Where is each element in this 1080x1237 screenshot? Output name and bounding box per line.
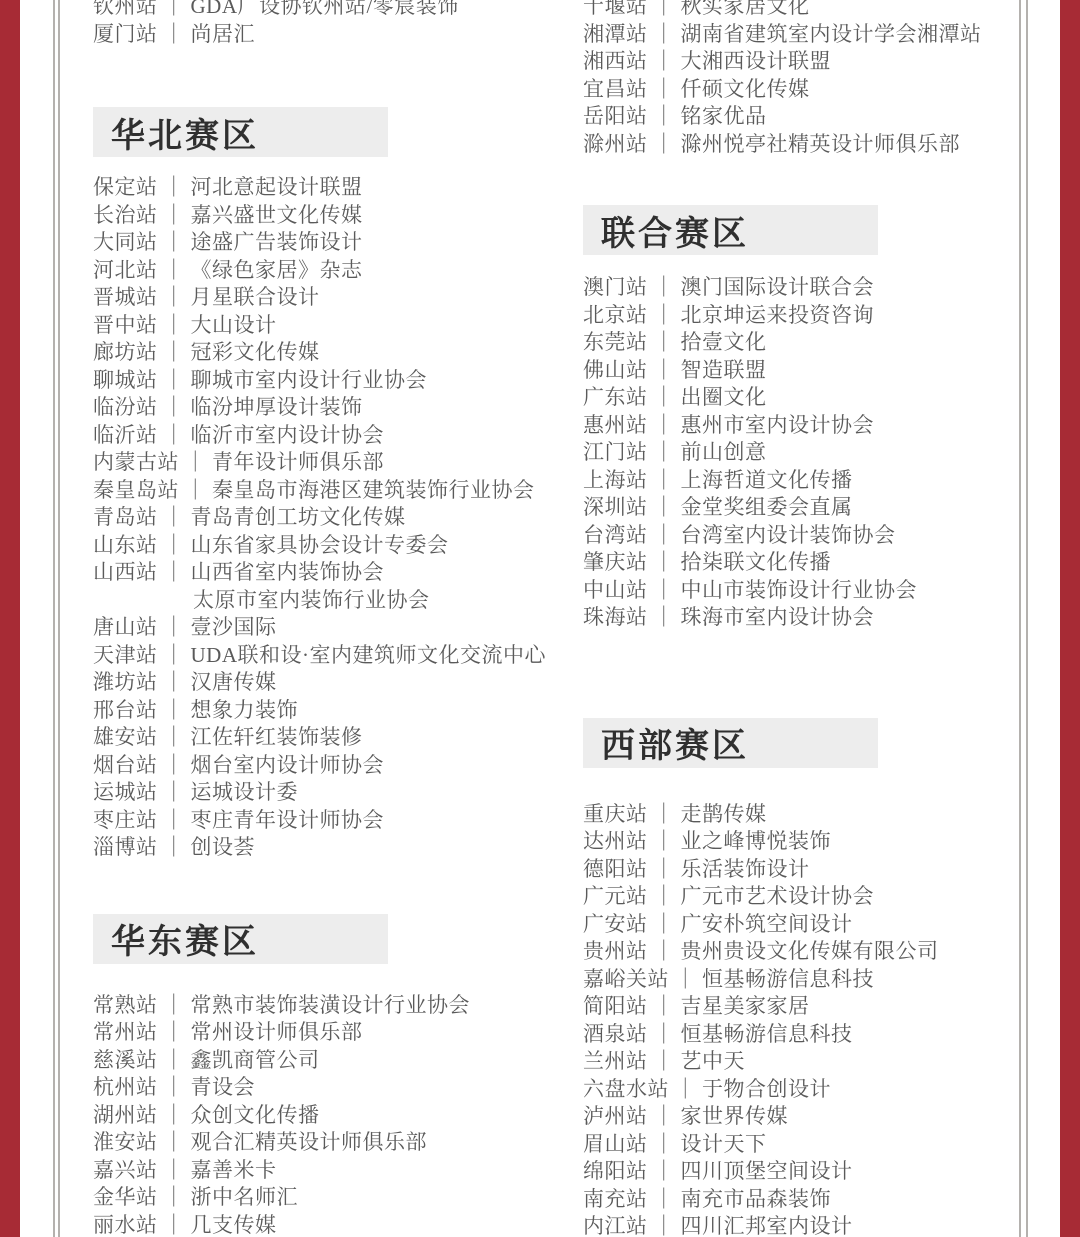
section-header-united: 联合赛区 xyxy=(583,205,878,255)
station-row: 烟台站 ｜ 烟台室内设计师协会 xyxy=(93,752,573,780)
station-row: 河北站 ｜ 《绿色家居》杂志 xyxy=(93,257,573,285)
station-row: 淄博站 ｜ 创设荟 xyxy=(93,834,573,862)
right-red-border xyxy=(1060,0,1080,1237)
section-north-china: 华北赛区 保定站 ｜ 河北意起设计联盟长治站 ｜ 嘉兴盛世文化传媒大同站 ｜ 途… xyxy=(93,107,573,862)
station-row: 湖州站 ｜ 众创文化传播 xyxy=(93,1102,573,1130)
section-title: 联合赛区 xyxy=(601,206,749,255)
section-west: 西部赛区 重庆站 ｜ 走鹊传媒达州站 ｜ 业之峰博悦装饰德阳站 ｜ 乐活装饰设计… xyxy=(583,718,1053,1237)
station-list-west: 重庆站 ｜ 走鹊传媒达州站 ｜ 业之峰博悦装饰德阳站 ｜ 乐活装饰设计广元站 ｜… xyxy=(583,801,1053,1237)
section-title: 华东赛区 xyxy=(111,914,259,963)
intro-list-right: 十堰站 ｜ 秋实家居文化湘潭站 ｜ 湖南省建筑室内设计学会湘潭站湘西站 ｜ 大湘… xyxy=(583,0,1053,158)
station-row: 佛山站 ｜ 智造联盟 xyxy=(583,357,1053,385)
station-row: 枣庄站 ｜ 枣庄青年设计师协会 xyxy=(93,807,573,835)
intro-list-left: 钦州站 ｜ GDA广设协钦州站/零宸装饰厦门站 ｜ 尚居汇 xyxy=(93,0,573,48)
station-row: 钦州站 ｜ GDA广设协钦州站/零宸装饰 xyxy=(93,0,573,21)
station-row: 常州站 ｜ 常州设计师俱乐部 xyxy=(93,1019,573,1047)
station-row: 滁州站 ｜ 滁州悦亭社精英设计师俱乐部 xyxy=(583,131,1053,159)
station-row: 中山站 ｜ 中山市装饰设计行业协会 xyxy=(583,577,1053,605)
station-row: 天津站 ｜ UDA联和设·室内建筑师文化交流中心 xyxy=(93,642,573,670)
station-row: 广东站 ｜ 出圈文化 xyxy=(583,384,1053,412)
station-row: 江门站 ｜ 前山创意 xyxy=(583,439,1053,467)
station-row: 雄安站 ｜ 江佐轩红装饰装修 xyxy=(93,724,573,752)
station-row: 六盘水站 ｜ 于物合创设计 xyxy=(583,1076,1053,1104)
station-row: 嘉峪关站 ｜ 恒基畅游信息科技 xyxy=(583,966,1053,994)
station-row: 秦皇岛站 ｜ 秦皇岛市海港区建筑装饰行业协会 xyxy=(93,477,573,505)
station-row: 慈溪站 ｜ 鑫凯商管公司 xyxy=(93,1047,573,1075)
station-row: 临汾站 ｜ 临汾坤厚设计装饰 xyxy=(93,394,573,422)
station-row: 内蒙古站 ｜ 青年设计师俱乐部 xyxy=(93,449,573,477)
station-row: 内江站 ｜ 四川汇邦室内设计 xyxy=(583,1213,1053,1237)
station-row: 宜昌站 ｜ 仟硕文化传媒 xyxy=(583,76,1053,104)
station-row: 东莞站 ｜ 拾壹文化 xyxy=(583,329,1053,357)
station-row: 广安站 ｜ 广安朴筑空间设计 xyxy=(583,911,1053,939)
station-row: 十堰站 ｜ 秋实家居文化 xyxy=(583,0,1053,21)
station-row: 唐山站 ｜ 壹沙国际 xyxy=(93,614,573,642)
station-row: 兰州站 ｜ 艺中天 xyxy=(583,1048,1053,1076)
station-row: 太原市室内装饰行业协会 xyxy=(93,587,573,615)
station-row: 潍坊站 ｜ 汉唐传媒 xyxy=(93,669,573,697)
station-row: 台湾站 ｜ 台湾室内设计装饰协会 xyxy=(583,522,1053,550)
station-row: 上海站 ｜ 上海哲道文化传播 xyxy=(583,467,1053,495)
station-row: 大同站 ｜ 途盛广告装饰设计 xyxy=(93,229,573,257)
left-column: 钦州站 ｜ GDA广设协钦州站/零宸装饰厦门站 ｜ 尚居汇 华北赛区 保定站 ｜… xyxy=(93,0,573,1237)
station-row: 晋中站 ｜ 大山设计 xyxy=(93,312,573,340)
left-rule-outer xyxy=(53,0,55,1237)
station-row: 常熟站 ｜ 常熟市装饰装潢设计行业协会 xyxy=(93,992,573,1020)
station-row: 山东站 ｜ 山东省家具协会设计专委会 xyxy=(93,532,573,560)
station-row: 南充站 ｜ 南充市品森装饰 xyxy=(583,1186,1053,1214)
station-row: 晋城站 ｜ 月星联合设计 xyxy=(93,284,573,312)
station-row: 珠海站 ｜ 珠海市室内设计协会 xyxy=(583,604,1053,632)
section-title: 西部赛区 xyxy=(601,718,749,767)
station-row: 厦门站 ｜ 尚居汇 xyxy=(93,21,573,49)
station-row: 泸州站 ｜ 家世界传媒 xyxy=(583,1103,1053,1131)
station-row: 达州站 ｜ 业之峰博悦装饰 xyxy=(583,828,1053,856)
station-row: 简阳站 ｜ 吉星美家家居 xyxy=(583,993,1053,1021)
station-row: 重庆站 ｜ 走鹊传媒 xyxy=(583,801,1053,829)
station-row: 丽水站 ｜ 几支传媒 xyxy=(93,1212,573,1237)
station-row: 淮安站 ｜ 观合汇精英设计师俱乐部 xyxy=(93,1129,573,1157)
station-row: 金华站 ｜ 浙中名师汇 xyxy=(93,1184,573,1212)
section-header-east-china: 华东赛区 xyxy=(93,914,388,964)
left-red-border xyxy=(0,0,20,1237)
station-row: 嘉兴站 ｜ 嘉善米卡 xyxy=(93,1157,573,1185)
station-row: 临沂站 ｜ 临沂市室内设计协会 xyxy=(93,422,573,450)
station-row: 酒泉站 ｜ 恒基畅游信息科技 xyxy=(583,1021,1053,1049)
station-list-united: 澳门站 ｜ 澳门国际设计联合会北京站 ｜ 北京坤运来投资咨询东莞站 ｜ 拾壹文化… xyxy=(583,274,1053,632)
station-row: 山西站 ｜ 山西省室内装饰协会 xyxy=(93,559,573,587)
station-row: 湘潭站 ｜ 湖南省建筑室内设计学会湘潭站 xyxy=(583,21,1053,49)
station-row: 运城站 ｜ 运城设计委 xyxy=(93,779,573,807)
station-list-east-china: 常熟站 ｜ 常熟市装饰装潢设计行业协会常州站 ｜ 常州设计师俱乐部慈溪站 ｜ 鑫… xyxy=(93,992,573,1237)
station-row: 邢台站 ｜ 想象力装饰 xyxy=(93,697,573,725)
station-row: 澳门站 ｜ 澳门国际设计联合会 xyxy=(583,274,1053,302)
station-row: 杭州站 ｜ 青设会 xyxy=(93,1074,573,1102)
station-row: 北京站 ｜ 北京坤运来投资咨询 xyxy=(583,302,1053,330)
right-column: 十堰站 ｜ 秋实家居文化湘潭站 ｜ 湖南省建筑室内设计学会湘潭站湘西站 ｜ 大湘… xyxy=(583,0,1053,1237)
station-list-north-china: 保定站 ｜ 河北意起设计联盟长治站 ｜ 嘉兴盛世文化传媒大同站 ｜ 途盛广告装饰… xyxy=(93,174,573,862)
left-rule-inner xyxy=(58,0,60,1237)
station-row: 岳阳站 ｜ 铭家优品 xyxy=(583,103,1053,131)
station-row: 聊城站 ｜ 聊城市室内设计行业协会 xyxy=(93,367,573,395)
station-row: 惠州站 ｜ 惠州市室内设计协会 xyxy=(583,412,1053,440)
station-row: 深圳站 ｜ 金堂奖组委会直属 xyxy=(583,494,1053,522)
section-header-west: 西部赛区 xyxy=(583,718,878,768)
section-east-china: 华东赛区 常熟站 ｜ 常熟市装饰装潢设计行业协会常州站 ｜ 常州设计师俱乐部慈溪… xyxy=(93,914,573,1237)
section-header-north-china: 华北赛区 xyxy=(93,107,388,157)
station-row: 肇庆站 ｜ 拾柒联文化传播 xyxy=(583,549,1053,577)
station-row: 德阳站 ｜ 乐活装饰设计 xyxy=(583,856,1053,884)
station-row: 湘西站 ｜ 大湘西设计联盟 xyxy=(583,48,1053,76)
section-united: 联合赛区 澳门站 ｜ 澳门国际设计联合会北京站 ｜ 北京坤运来投资咨询东莞站 ｜… xyxy=(583,205,1053,632)
station-row: 广元站 ｜ 广元市艺术设计协会 xyxy=(583,883,1053,911)
station-row: 绵阳站 ｜ 四川顶堡空间设计 xyxy=(583,1158,1053,1186)
station-row: 眉山站 ｜ 设计天下 xyxy=(583,1131,1053,1159)
station-row: 保定站 ｜ 河北意起设计联盟 xyxy=(93,174,573,202)
station-row: 贵州站 ｜ 贵州贵设文化传媒有限公司 xyxy=(583,938,1053,966)
station-row: 长治站 ｜ 嘉兴盛世文化传媒 xyxy=(93,202,573,230)
station-row: 青岛站 ｜ 青岛青创工坊文化传媒 xyxy=(93,504,573,532)
station-row: 廊坊站 ｜ 冠彩文化传媒 xyxy=(93,339,573,367)
section-title: 华北赛区 xyxy=(111,108,259,157)
